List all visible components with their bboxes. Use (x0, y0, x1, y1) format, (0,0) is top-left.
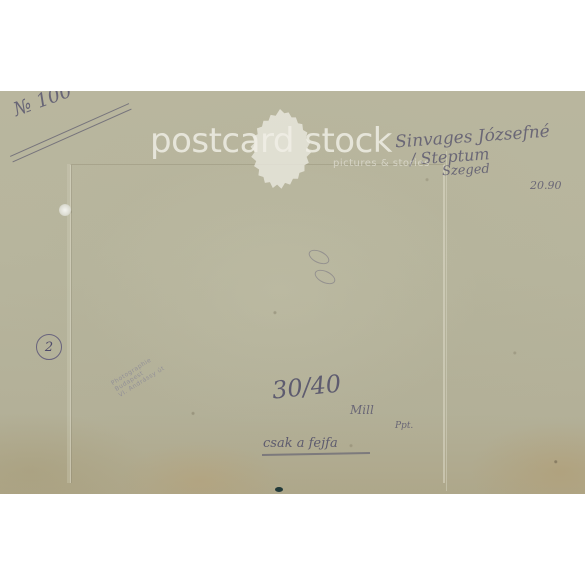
watermark: postcard stock pictures & stories (150, 121, 440, 181)
postcard-back: № 100 Sinvages Józsefné / Steptum Szeged… (0, 91, 585, 494)
circled-number-text: 2 (45, 340, 53, 355)
embossed-frame-line (446, 151, 447, 491)
price-mark: Mill (350, 403, 374, 417)
condition-note: csak a fejfa (263, 436, 338, 451)
ink-spot (275, 487, 283, 492)
pin-hole (59, 204, 71, 216)
pencil-ovals (308, 249, 338, 289)
image-viewport: № 100 Sinvages Józsefné / Steptum Szeged… (0, 0, 585, 585)
embossed-frame (70, 164, 445, 483)
price-mark-small: Ppt. (395, 421, 413, 431)
signature-line-3: Szeged (442, 162, 491, 179)
circled-number: 2 (36, 334, 62, 360)
watermark-tagline: pictures & stories (333, 158, 430, 169)
signature-note: 20.90 (530, 179, 562, 192)
catalog-number: № 100 (10, 91, 74, 121)
watermark-brand: postcard stock (150, 121, 392, 161)
